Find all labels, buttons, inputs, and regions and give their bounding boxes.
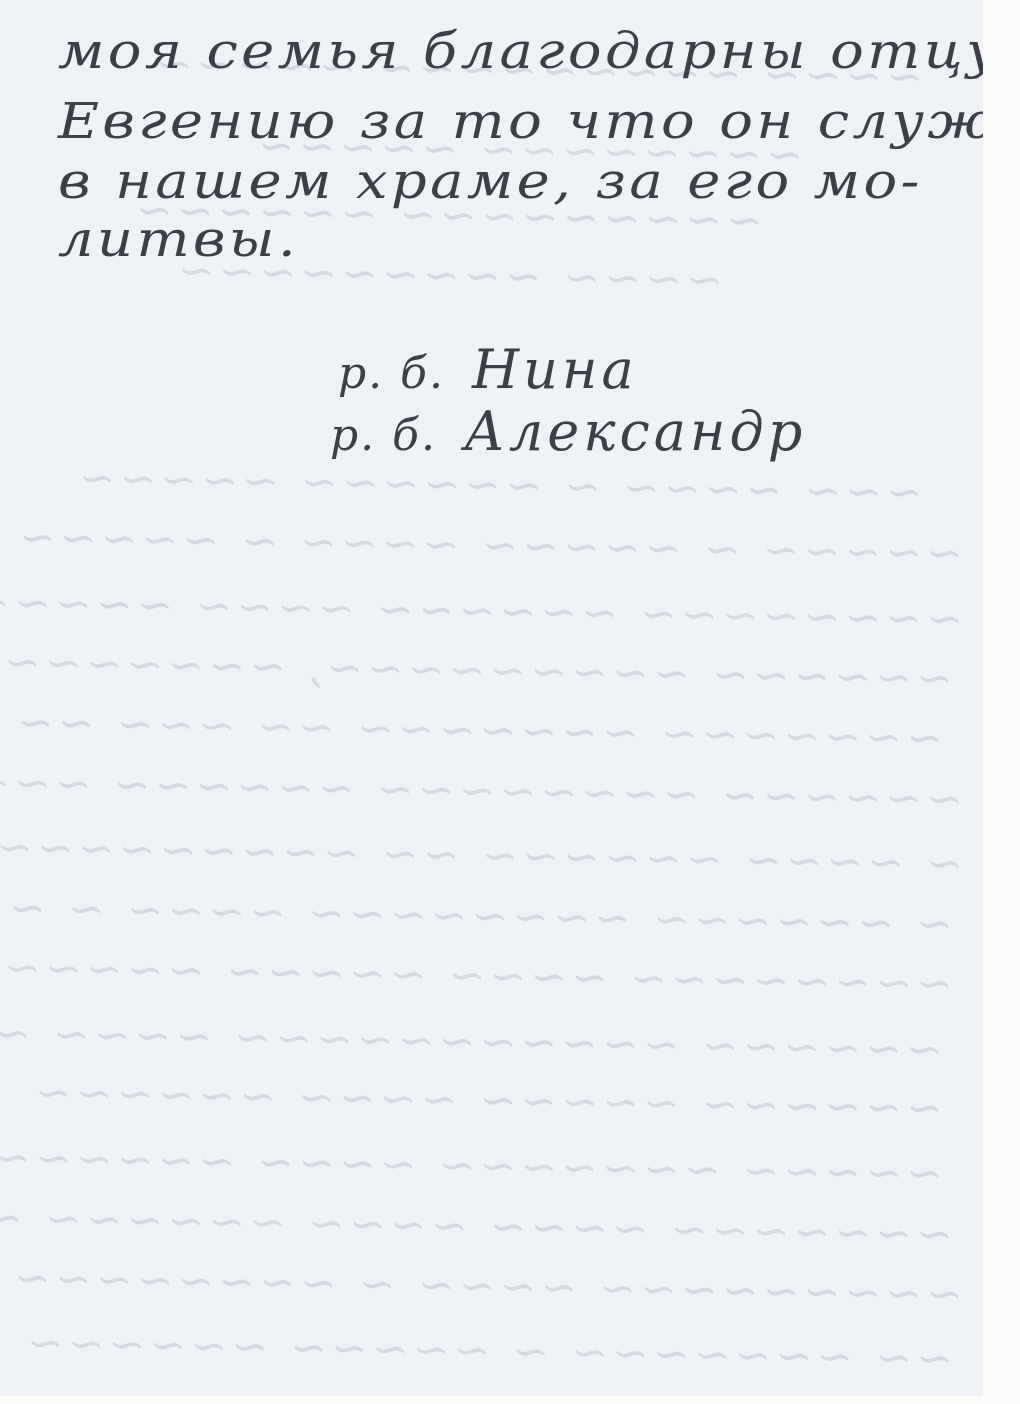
signature-alexander: р. б. Александр: [330, 400, 806, 463]
letter-line-2: Евгению за то что он служит: [58, 92, 983, 150]
letter-line-4: литвы.: [58, 210, 299, 268]
signature-prefix: р. б.: [330, 410, 448, 461]
signature-name: Александр: [464, 400, 806, 463]
signature-name: Нина: [472, 338, 638, 401]
signature-prefix: р. б.: [338, 348, 456, 399]
letter-line-3: в нашем храме, за его мо-: [58, 152, 923, 210]
letter-line-1: моя семья благодарны отцу: [58, 22, 983, 80]
signature-nina: р. б. Нина: [338, 338, 638, 401]
letter-page: ~~~~ ~~~~~~~~~ ~~~~~ ~~~~~~~~ ~~~~~ ~~~~…: [0, 0, 983, 1396]
